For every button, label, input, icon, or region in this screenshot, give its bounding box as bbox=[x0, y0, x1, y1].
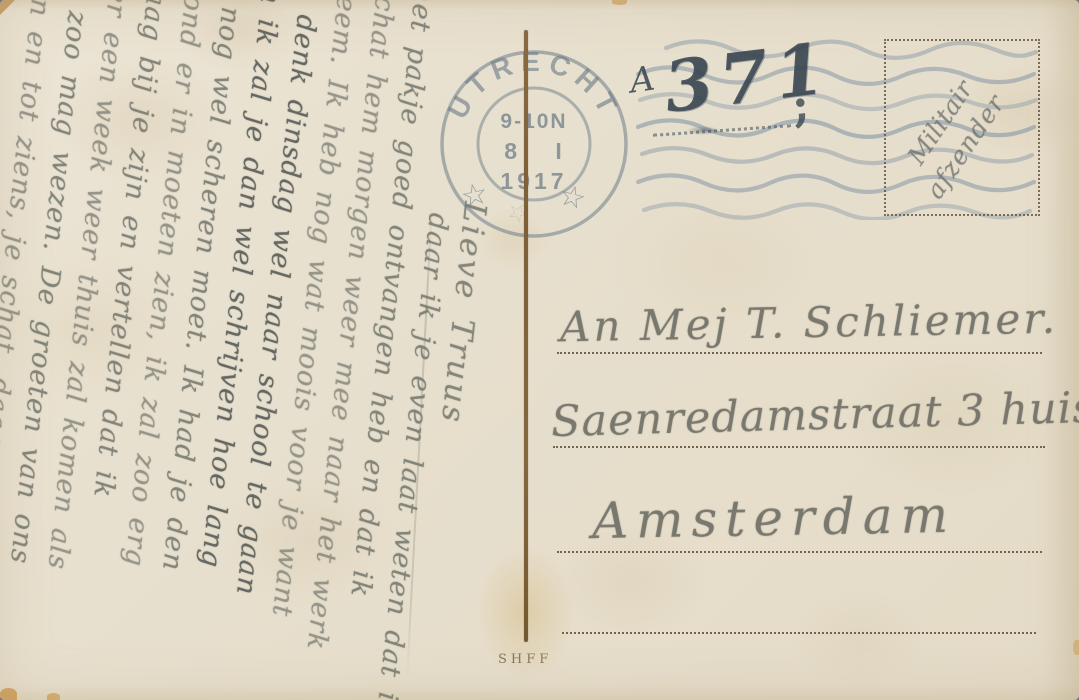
publisher-mark: SHFF bbox=[498, 652, 552, 667]
address-dotted-line-4 bbox=[562, 632, 1036, 634]
corner-chip-top-left bbox=[0, 0, 15, 15]
postmark-date: 8 I bbox=[434, 136, 634, 166]
address-recipient: An Mej T. Schliemer. bbox=[560, 294, 1059, 352]
postmark-time: 9-10N bbox=[434, 108, 634, 136]
address-street: Saenredamstraat 3 huis bbox=[550, 383, 1079, 447]
address-dotted-line-2 bbox=[553, 446, 1045, 448]
address-dotted-line-3 bbox=[557, 551, 1042, 553]
edge-nick-right bbox=[1073, 640, 1079, 655]
corner-chip-bottom-left bbox=[0, 688, 17, 700]
corner-chip-bottom-left-2 bbox=[47, 693, 60, 700]
address-dotted-line-1 bbox=[557, 352, 1042, 354]
address-city: Amsterdam bbox=[592, 486, 957, 550]
control-number-prefix: A bbox=[627, 58, 657, 101]
edge-nick-top bbox=[612, 0, 627, 5]
postcard: Lieve Truus daar ik je even laat weten d… bbox=[0, 0, 1079, 700]
ink-smear bbox=[686, 126, 720, 135]
address-divider-line bbox=[524, 30, 528, 642]
